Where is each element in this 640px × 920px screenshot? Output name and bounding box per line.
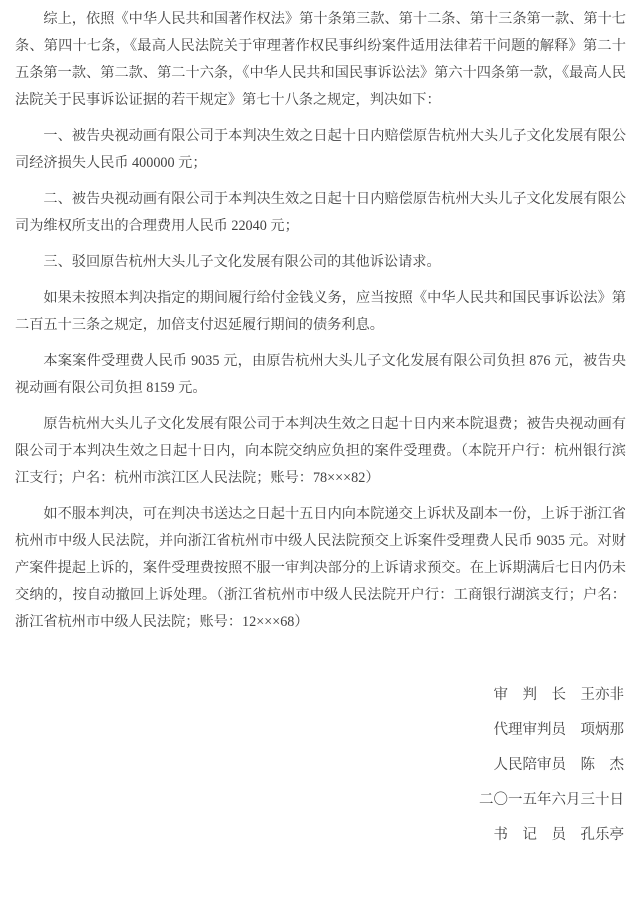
signature-block: 审 判 长 王亦非 代理审判员 项炳那 人民陪审员 陈 杰 二〇一五年六月三十日…	[15, 678, 626, 853]
paragraph-appeal-instructions: 如不服本判决，可在判决书送达之日起十五日内向本院递交上诉状及副本一份，上诉于浙江…	[15, 501, 626, 636]
signature-acting-judge: 代理审判员 项炳那	[15, 713, 624, 748]
scanned-judgment-page: { "page": { "background_color": "#ffffff…	[0, 0, 640, 920]
paragraph-ruling-item-3: 三、驳回原告杭州大头儿子文化发展有限公司的其他诉讼请求。	[15, 249, 626, 276]
paragraph-late-payment-interest: 如果未按照本判决指定的期间履行给付金钱义务，应当按照《中华人民共和国民事诉讼法》…	[15, 285, 626, 339]
signature-peoples-assessor: 人民陪审员 陈 杰	[15, 748, 624, 783]
paragraph-ruling-item-1: 一、被告央视动画有限公司于本判决生效之日起十日内赔偿原告杭州大头儿子文化发展有限…	[15, 123, 626, 177]
paragraph-fee-refund-and-payment: 原告杭州大头儿子文化发展有限公司于本判决生效之日起十日内来本院退费；被告央视动画…	[15, 411, 626, 492]
judgment-page: 综上，依照《中华人民共和国著作权法》第十条第三款、第十二条、第十三条第一款、第十…	[0, 0, 640, 920]
paragraph-legal-basis: 综上，依照《中华人民共和国著作权法》第十条第三款、第十二条、第十三条第一款、第十…	[15, 6, 626, 114]
signature-presiding-judge: 审 判 长 王亦非	[15, 678, 624, 713]
paragraph-ruling-item-2: 二、被告央视动画有限公司于本判决生效之日起十日内赔偿原告杭州大头儿子文化发展有限…	[15, 186, 626, 240]
paragraph-court-fee-allocation: 本案案件受理费人民币 9035 元，由原告杭州大头儿子文化发展有限公司负担 87…	[15, 348, 626, 402]
signature-clerk: 书 记 员 孔乐亭	[15, 818, 624, 853]
signature-date: 二〇一五年六月三十日	[15, 783, 624, 818]
judgment-body: 综上，依照《中华人民共和国著作权法》第十条第三款、第十二条、第十三条第一款、第十…	[15, 6, 626, 636]
